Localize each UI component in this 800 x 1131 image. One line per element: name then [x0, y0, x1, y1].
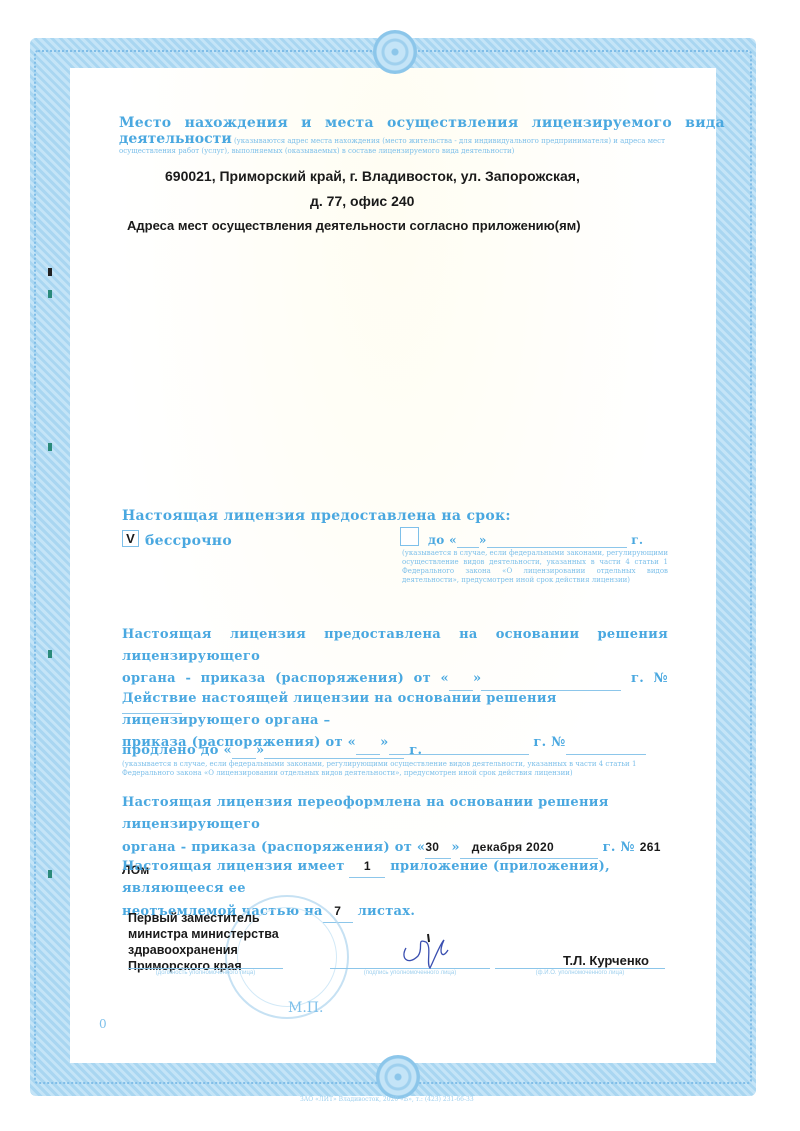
- seal-label: М.П.: [288, 1000, 323, 1016]
- signer-position: Первый заместитель министра министерства…: [128, 910, 279, 974]
- until-note: (указывается в случае, если федеральными…: [402, 549, 668, 585]
- signer-position-line: министра министерства: [128, 926, 279, 942]
- appendix-prefix: Настоящая лицензия имеет: [122, 859, 345, 874]
- extended-mid: »: [256, 743, 264, 758]
- address-line-3: Адреса мест осуществления деятельности с…: [127, 218, 581, 233]
- unlimited-checkbox[interactable]: V: [122, 530, 139, 547]
- until-day-blank: [457, 533, 479, 548]
- appendix-line2-suffix: листах.: [358, 904, 416, 919]
- position-caption: (должность уполномоченного лица): [128, 968, 283, 976]
- address-line-1: 690021, Приморский край, г. Владивосток,…: [165, 168, 580, 184]
- action-suffix: г. №: [533, 735, 565, 750]
- scan-mark: [48, 443, 52, 451]
- scan-mark: [48, 268, 52, 276]
- extended-field: продлено до « » г.: [122, 743, 422, 759]
- printer-imprint: ЗАО «ЛИТ» Владивосток, 2020 «Б», т.: (42…: [300, 1096, 474, 1103]
- extended-month-blank: [264, 743, 404, 759]
- basis-suffix: г. №: [631, 671, 668, 686]
- location-note: деятельности (указываются адрес места на…: [119, 134, 679, 156]
- unlimited-label: бессрочно: [145, 533, 232, 549]
- address-line-2: д. 77, офис 240: [310, 193, 414, 209]
- until-month-blank: [487, 533, 627, 548]
- term-heading: Настоящая лицензия предоставлена на срок…: [122, 508, 511, 524]
- until-suffix: г.: [631, 533, 643, 547]
- extended-suffix: г.: [409, 743, 422, 758]
- name-caption: (ф.И.О. уполномоченного лица): [495, 968, 665, 976]
- location-heading: Место нахождения и места осуществления л…: [119, 115, 725, 131]
- until-mid: »: [479, 533, 487, 547]
- rosette-ornament-top: [373, 30, 417, 74]
- action-number-blank: [566, 732, 646, 755]
- basis-mid: »: [473, 671, 481, 686]
- signer-position-line: здравоохранения: [128, 942, 279, 958]
- reissued-suffix: г. №: [603, 840, 635, 855]
- until-date-field: до « » г.: [428, 533, 668, 548]
- scan-mark: [48, 870, 52, 878]
- reissued-line-1: Настоящая лицензия переоформлена на осно…: [122, 792, 668, 836]
- handwritten-signature: [398, 930, 458, 970]
- rosette-ornament-bottom: [376, 1055, 420, 1099]
- extended-note: (указывается в случае, если федеральными…: [122, 760, 668, 778]
- appendix-count: 1: [349, 855, 385, 878]
- scan-mark: [48, 650, 52, 658]
- extended-day-blank: [232, 743, 256, 759]
- location-heading-cont: деятельности: [119, 131, 232, 147]
- action-line-1: Действие настоящей лицензии на основании…: [122, 688, 668, 732]
- scan-mark: [48, 290, 52, 298]
- basis-line-1: Настоящая лицензия предоставлена на осно…: [122, 624, 668, 668]
- basis-prefix: органа - приказа (распоряжения) от «: [122, 671, 449, 686]
- signer-name: Т.Л. Курченко: [563, 953, 649, 968]
- until-prefix: до «: [428, 533, 457, 547]
- corner-mark: 0: [99, 1017, 107, 1031]
- reissued-mid: »: [451, 840, 459, 855]
- signer-position-line: Первый заместитель: [128, 910, 279, 926]
- until-date-checkbox[interactable]: [400, 527, 419, 546]
- reissued-prefix: органа - приказа (распоряжения) от «: [122, 840, 425, 855]
- extended-prefix: продлено до «: [122, 743, 232, 758]
